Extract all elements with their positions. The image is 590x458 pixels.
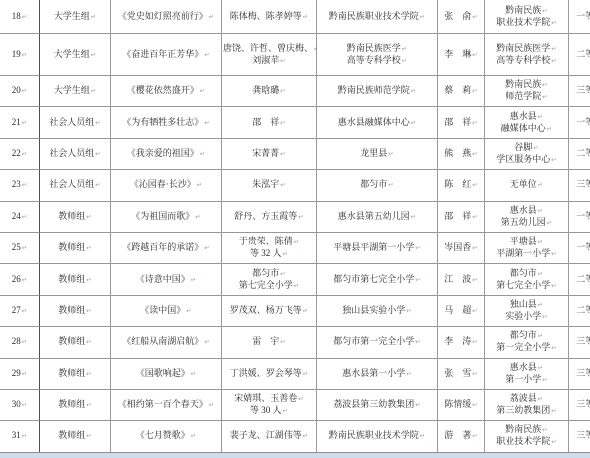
cell-org: 惠水县第一小学↵ xyxy=(316,358,437,389)
cell-text: 社会人员组 xyxy=(49,148,94,158)
cell-text: 二等奖 xyxy=(576,305,590,315)
cell-text: 平塘县平湖第一小学 xyxy=(333,242,414,252)
cell-recommender: 岑国香↵ xyxy=(437,232,484,263)
cell-text: 独山县实验小学 xyxy=(342,305,405,315)
cell-text: 等 30 人 xyxy=(250,405,282,415)
return-mark-icon: ↵ xyxy=(538,181,543,189)
cell-text: 黔南民族职业技术学院 xyxy=(329,430,419,440)
return-mark-icon: ↵ xyxy=(411,87,416,95)
cell-text: 等 32 人 xyxy=(250,248,282,258)
cell-no: 31↵ xyxy=(0,420,39,451)
cell-recommender: 马 超↵ xyxy=(437,295,484,326)
cell-award: 二等奖↵ xyxy=(568,295,590,326)
cell-no: 24↵ xyxy=(0,201,39,232)
cell-text: 27 xyxy=(12,305,21,315)
cell-org: 黔南民族职业技术学院↵ xyxy=(316,420,437,451)
cell-authors: 雷 宇↵ xyxy=(221,326,316,357)
cell-title: 《诗意中国》↵ xyxy=(110,263,221,294)
cell-text: 三等奖 xyxy=(576,430,590,440)
return-mark-icon: ↵ xyxy=(542,93,547,101)
cell-text: 舒丹、方玉霞等 xyxy=(234,211,297,221)
return-mark-icon: ↵ xyxy=(200,87,205,95)
table-row: 21↵社会人员组↵《为有牺牲多壮志》↵邵 祥↵惠水县融媒体中心↵邵 祥↵惠水县↵… xyxy=(0,106,590,137)
cell-recommender: 张 俞↵ xyxy=(437,0,484,33)
cell-authors: 丁洪媛、罗会琴等↵ xyxy=(221,358,316,389)
return-mark-icon: ↵ xyxy=(22,432,27,440)
table-row: 29↵教师组↵《国歌响起》↵丁洪媛、罗会琴等↵惠水县第一小学↵张 雪↵惠水县↵第… xyxy=(0,358,590,389)
return-mark-icon: ↵ xyxy=(542,376,547,384)
table-row: 24↵教师组↵《为祖国而歌》↵舒丹、方玉霞等↵惠水县第五幼儿园↵邵 祥↵惠水县↵… xyxy=(0,201,590,232)
table-row: 30↵教师组↵《相约第一百个春天》↵宋婧琪、玉善卷↵等 30 人↵荔波县第三幼教… xyxy=(0,389,590,420)
cell-text: 罗茂双、杨万飞等 xyxy=(230,305,302,315)
cell-title: 《七月赞歌》↵ xyxy=(110,420,221,451)
cell-text: 陈情缓 xyxy=(444,399,471,409)
cell-text: 黔南民族医学 xyxy=(347,43,401,53)
cell-text: 教师组 xyxy=(58,211,85,221)
cell-text: 平塘县 xyxy=(510,236,537,246)
cell-text: 第五幼儿园 xyxy=(501,217,546,227)
return-mark-icon: ↵ xyxy=(472,87,477,95)
cell-no: 22↵ xyxy=(0,138,39,169)
cell-no: 27↵ xyxy=(0,295,39,326)
cell-no: 21↵ xyxy=(0,106,39,137)
return-mark-icon: ↵ xyxy=(538,301,543,309)
table-row: 28↵教师组↵《红船从南湖启航》↵雷 宇↵都匀市第一完全小学↵李 涛↵都匀市↵第… xyxy=(0,326,590,357)
cell-text: 都匀市 xyxy=(510,330,537,340)
return-mark-icon: ↵ xyxy=(191,370,196,378)
return-mark-icon: ↵ xyxy=(411,213,416,221)
cell-text: 江 波 xyxy=(444,274,471,284)
cell-text: 职业技术学院 xyxy=(496,436,550,446)
cell-text: 26 xyxy=(12,274,21,284)
return-mark-icon: ↵ xyxy=(551,57,556,65)
cell-text: 黔南民族师范学院 xyxy=(338,85,410,95)
return-mark-icon: ↵ xyxy=(415,338,420,346)
cell-title: 《为祖国而歌》↵ xyxy=(110,201,221,232)
cell-group: 社会人员组↵ xyxy=(39,138,110,169)
cell-text: 《党史如灯照亮前行》 xyxy=(118,11,208,21)
return-mark-icon: ↵ xyxy=(472,213,477,221)
cell-text: 23 xyxy=(12,179,21,189)
return-mark-icon: ↵ xyxy=(472,244,477,252)
cell-text: 21 xyxy=(12,117,21,127)
cell-title: 《奋进百年正芳华》↵ xyxy=(110,33,221,75)
cell-unit: 惠水县↵第五幼儿园↵ xyxy=(484,201,568,232)
return-mark-icon: ↵ xyxy=(472,181,477,189)
cell-org: 黔南民族师范学院↵ xyxy=(316,75,437,106)
cell-text: 荔波县第三幼教集团 xyxy=(333,399,414,409)
cell-text: 张 俞 xyxy=(444,11,471,21)
cell-no: 29↵ xyxy=(0,358,39,389)
return-mark-icon: ↵ xyxy=(95,119,100,127)
cell-text: 三等奖 xyxy=(576,399,590,409)
cell-group: 教师组↵ xyxy=(39,263,110,294)
cell-recommender: 陈 红↵ xyxy=(437,169,484,200)
return-mark-icon: ↵ xyxy=(86,401,91,409)
return-mark-icon: ↵ xyxy=(551,344,556,352)
cell-unit: 黔南民族↵职业技术学院↵ xyxy=(484,0,568,33)
return-mark-icon: ↵ xyxy=(420,432,425,440)
cell-text: 无单位 xyxy=(510,179,537,189)
cell-text: 29 xyxy=(12,368,21,378)
cell-authors: 罗茂双、杨万飞等↵ xyxy=(221,295,316,326)
return-mark-icon: ↵ xyxy=(542,313,547,321)
return-mark-icon: ↵ xyxy=(388,181,393,189)
awards-table: 18↵大学生组↵《党史如灯照亮前行》↵陈体梅、陈孝婷等↵黔南民族职业技术学院↵张… xyxy=(0,0,590,453)
cell-text: 《读中国》 xyxy=(140,305,185,315)
cell-text: 朱泓宇 xyxy=(252,179,279,189)
return-mark-icon: ↵ xyxy=(95,150,100,158)
return-mark-icon: ↵ xyxy=(402,45,407,53)
cell-text: 18 xyxy=(12,11,21,21)
cell-text: 马 超 xyxy=(444,305,471,315)
cell-unit: 黔南民族↵职业技术学院↵ xyxy=(484,420,568,451)
cell-text: 职业技术学院 xyxy=(496,17,550,27)
cell-org: 平塘县平湖第一小学↵ xyxy=(316,232,437,263)
cell-text: 实验小学 xyxy=(505,311,541,321)
cell-text: 惠水县第一小学 xyxy=(342,368,405,378)
cell-recommender: 邵 祥↵ xyxy=(437,201,484,232)
cell-title: 《我亲爱的祖国》↵ xyxy=(110,138,221,169)
cell-group: 教师组↵ xyxy=(39,358,110,389)
return-mark-icon: ↵ xyxy=(209,13,214,21)
cell-text: 教师组 xyxy=(58,274,85,284)
return-mark-icon: ↵ xyxy=(472,13,477,21)
cell-text: 都匀市 xyxy=(360,179,387,189)
cell-authors: 唐饶、许哲、曾庆梅、↵刘淑苹↵ xyxy=(221,33,316,75)
return-mark-icon: ↵ xyxy=(191,432,196,440)
return-mark-icon: ↵ xyxy=(303,370,308,378)
cell-award: 二等奖↵ xyxy=(568,263,590,294)
cell-no: 25↵ xyxy=(0,232,39,263)
cell-recommender: 熊 燕↵ xyxy=(437,138,484,169)
cell-text: 都匀市 xyxy=(252,268,279,278)
cell-unit: 惠水县↵融媒体中心↵ xyxy=(484,106,568,137)
cell-text: 独山县 xyxy=(510,299,537,309)
cell-group: 教师组↵ xyxy=(39,389,110,420)
cell-text: 教师组 xyxy=(58,430,85,440)
cell-text: 社会人员组 xyxy=(49,179,94,189)
cell-text: 教师组 xyxy=(58,399,85,409)
return-mark-icon: ↵ xyxy=(86,370,91,378)
return-mark-icon: ↵ xyxy=(22,119,27,127)
cell-text: 第一小学 xyxy=(505,374,541,384)
cell-text: 游 著 xyxy=(444,430,471,440)
return-mark-icon: ↵ xyxy=(472,119,477,127)
return-mark-icon: ↵ xyxy=(86,338,91,346)
cell-title: 《沁园春·长沙》↵ xyxy=(110,169,221,200)
cell-unit: 无单位↵ xyxy=(484,169,568,200)
cell-group: 教师组↵ xyxy=(39,232,110,263)
table-row: 19↵大学生组↵《奋进百年正芳华》↵唐饶、许哲、曾庆梅、↵刘淑苹↵黔南民族医学↵… xyxy=(0,33,590,75)
cell-text: 高等专科学校 xyxy=(496,55,550,65)
return-mark-icon: ↵ xyxy=(298,213,303,221)
cell-text: 《奋进百年正芳华》 xyxy=(122,49,203,59)
cell-no: 28↵ xyxy=(0,326,39,357)
cell-text: 龙里县 xyxy=(360,148,387,158)
cell-authors: 龚晗璐↵ xyxy=(221,75,316,106)
return-mark-icon: ↵ xyxy=(551,19,556,27)
return-mark-icon: ↵ xyxy=(22,51,27,59)
return-mark-icon: ↵ xyxy=(472,51,477,59)
return-mark-icon: ↵ xyxy=(22,307,27,315)
cell-text: 黔南民族职业技术学院 xyxy=(329,11,419,21)
return-mark-icon: ↵ xyxy=(186,307,191,315)
cell-title: 《樱花依然盛开》↵ xyxy=(110,75,221,106)
return-mark-icon: ↵ xyxy=(551,156,556,164)
cell-title: 《跨越百年的承诺》↵ xyxy=(110,232,221,263)
cell-text: 一等奖 xyxy=(576,11,590,21)
cell-group: 教师组↵ xyxy=(39,295,110,326)
cell-text: 李 琳 xyxy=(444,49,471,59)
return-mark-icon: ↵ xyxy=(538,332,543,340)
cell-text: 黔南民族 xyxy=(505,5,541,15)
document-page: 18↵大学生组↵《党史如灯照亮前行》↵陈体梅、陈孝婷等↵黔南民族职业技术学院↵张… xyxy=(0,0,590,453)
return-mark-icon: ↵ xyxy=(283,407,288,415)
cell-title: 《国歌响起》↵ xyxy=(110,358,221,389)
cell-text: 陈体梅、陈孝婷等 xyxy=(230,11,302,21)
cell-text: 惠水县第五幼儿园 xyxy=(338,211,410,221)
cell-org: 黔南民族医学↵高等专科学校↵ xyxy=(316,33,437,75)
cell-text: 大学生组 xyxy=(54,85,90,95)
return-mark-icon: ↵ xyxy=(538,364,543,372)
return-mark-icon: ↵ xyxy=(280,57,285,65)
cell-text: 一等奖 xyxy=(576,242,590,252)
return-mark-icon: ↵ xyxy=(86,276,91,284)
return-mark-icon: ↵ xyxy=(415,276,420,284)
cell-unit: 惠水县↵第一小学↵ xyxy=(484,358,568,389)
return-mark-icon: ↵ xyxy=(415,244,420,252)
cell-text: 惠水县 xyxy=(510,362,537,372)
return-mark-icon: ↵ xyxy=(538,113,543,121)
cell-text: 荔波县 xyxy=(510,393,537,403)
cell-text: 三等奖 xyxy=(576,368,590,378)
return-mark-icon: ↵ xyxy=(411,119,416,127)
table-row: 26↵教师组↵《诗意中国》↵都匀市↵第七完全小学↵都匀市第七完全小学↵江 波↵都… xyxy=(0,263,590,294)
cell-text: 《跨越百年的承诺》 xyxy=(122,242,203,252)
return-mark-icon: ↵ xyxy=(22,338,27,346)
return-mark-icon: ↵ xyxy=(191,276,196,284)
return-mark-icon: ↵ xyxy=(303,432,308,440)
cell-title: 《相约第一百个春天》↵ xyxy=(110,389,221,420)
cell-award: 三等奖↵ xyxy=(568,169,590,200)
return-mark-icon: ↵ xyxy=(402,57,407,65)
cell-org: 黔南民族职业技术学院↵ xyxy=(316,0,437,33)
cell-text: 《红船从南湖启航》 xyxy=(122,336,203,346)
cell-text: 第七完全小学 xyxy=(239,280,293,290)
cell-unit: 黔南民族医学↵高等专科学校↵ xyxy=(484,33,568,75)
cell-no: 19↵ xyxy=(0,33,39,75)
return-mark-icon: ↵ xyxy=(91,87,96,95)
table-row: 18↵大学生组↵《党史如灯照亮前行》↵陈体梅、陈孝婷等↵黔南民族职业技术学院↵张… xyxy=(0,0,590,33)
cell-text: 平湖第一小学 xyxy=(496,248,550,258)
cell-text: 宋婧琪、玉善卷 xyxy=(234,393,297,403)
cell-recommender: 蔡 莉↵ xyxy=(437,75,484,106)
return-mark-icon: ↵ xyxy=(542,7,547,15)
cell-text: 惠水县融媒体中心 xyxy=(338,117,410,127)
return-mark-icon: ↵ xyxy=(22,244,27,252)
cell-text: 都匀市 xyxy=(510,268,537,278)
return-mark-icon: ↵ xyxy=(406,370,411,378)
cell-text: 裴子龙、江湖伟等 xyxy=(230,430,302,440)
return-mark-icon: ↵ xyxy=(280,119,285,127)
cell-text: 《沁园春·长沙》 xyxy=(130,179,196,189)
cell-text: 教师组 xyxy=(58,336,85,346)
cell-title: 《为有牺牲多壮志》↵ xyxy=(110,106,221,137)
return-mark-icon: ↵ xyxy=(280,270,285,278)
cell-authors: 朱泓宇↵ xyxy=(221,169,316,200)
return-mark-icon: ↵ xyxy=(388,150,393,158)
return-mark-icon: ↵ xyxy=(551,438,556,446)
return-mark-icon: ↵ xyxy=(547,125,552,133)
cell-authors: 邵 祥↵ xyxy=(221,106,316,137)
cell-recommender: 游 著↵ xyxy=(437,420,484,451)
cell-title: 《红船从南湖启航》↵ xyxy=(110,326,221,357)
cell-text: 第三幼教集团 xyxy=(496,405,550,415)
cell-recommender: 陈情缓↵ xyxy=(437,389,484,420)
return-mark-icon: ↵ xyxy=(204,244,209,252)
cell-text: 二等奖 xyxy=(576,148,590,158)
cell-authors: 于贵荣、陈倩↵等 32 人↵ xyxy=(221,232,316,263)
cell-recommender: 李 涛↵ xyxy=(437,326,484,357)
cell-text: 第七完全小学 xyxy=(496,280,550,290)
cell-text: 三等奖 xyxy=(576,179,590,189)
cell-recommender: 江 波↵ xyxy=(437,263,484,294)
return-mark-icon: ↵ xyxy=(542,81,547,89)
cell-group: 社会人员组↵ xyxy=(39,106,110,137)
cell-authors: 舒丹、方玉霞等↵ xyxy=(221,201,316,232)
cell-text: 教师组 xyxy=(58,368,85,378)
cell-text: 《诗意中国》 xyxy=(136,274,190,284)
return-mark-icon: ↵ xyxy=(283,250,288,258)
cell-no: 23↵ xyxy=(0,169,39,200)
cell-text: 20 xyxy=(12,85,21,95)
cell-text: 二等奖 xyxy=(576,49,590,59)
cell-text: 龚晗璐 xyxy=(252,85,279,95)
cell-unit: 都匀市↵第七完全小学↵ xyxy=(484,263,568,294)
return-mark-icon: ↵ xyxy=(420,13,425,21)
cell-text: 邵 祥 xyxy=(444,211,471,221)
cell-text: 黔南民族医学 xyxy=(496,43,550,53)
cell-text: 三等奖 xyxy=(576,336,590,346)
cell-text: 《相约第一百个春天》 xyxy=(118,399,208,409)
return-mark-icon: ↵ xyxy=(472,276,477,284)
table-row: 27↵教师组↵《读中国》↵罗茂双、杨万飞等↵独山县实验小学↵马 超↵独山县↵实验… xyxy=(0,295,590,326)
table-row: 20↵大学生组↵《樱花依然盛开》↵龚晗璐↵黔南民族师范学院↵蔡 莉↵黔南民族↵师… xyxy=(0,75,590,106)
cell-text: 宋菁菁 xyxy=(252,148,279,158)
cell-unit: 黔南民族↵师范学院↵ xyxy=(484,75,568,106)
cell-unit: 独山县↵实验小学↵ xyxy=(484,295,568,326)
cell-org: 龙里县↵ xyxy=(316,138,437,169)
return-mark-icon: ↵ xyxy=(538,238,543,246)
cell-text: 教师组 xyxy=(58,305,85,315)
cell-authors: 裴子龙、江湖伟等↵ xyxy=(221,420,316,451)
return-mark-icon: ↵ xyxy=(406,307,411,315)
cell-no: 20↵ xyxy=(0,75,39,106)
cell-text: 张 雪 xyxy=(444,368,471,378)
cell-recommender: 邵 祥↵ xyxy=(437,106,484,137)
return-mark-icon: ↵ xyxy=(472,150,477,158)
cell-unit: 荔波县↵第三幼教集团↵ xyxy=(484,389,568,420)
cell-org: 惠水县第五幼儿园↵ xyxy=(316,201,437,232)
return-mark-icon: ↵ xyxy=(86,307,91,315)
cell-group: 大学生组↵ xyxy=(39,33,110,75)
cell-text: 《国歌响起》 xyxy=(136,368,190,378)
cell-text: 都匀市第一完全小学 xyxy=(333,336,414,346)
cell-group: 社会人员组↵ xyxy=(39,169,110,200)
return-mark-icon: ↵ xyxy=(91,13,96,21)
return-mark-icon: ↵ xyxy=(415,401,420,409)
cell-text: 李 涛 xyxy=(444,336,471,346)
cell-group: 教师组↵ xyxy=(39,201,110,232)
cell-text: 惠水县 xyxy=(510,205,537,215)
cell-text: 黔南民族 xyxy=(505,79,541,89)
cell-award: 二等奖↵ xyxy=(568,33,590,75)
cell-text: 都匀市第七完全小学 xyxy=(333,274,414,284)
cell-no: 30↵ xyxy=(0,389,39,420)
cell-org: 都匀市第一完全小学↵ xyxy=(316,326,437,357)
return-mark-icon: ↵ xyxy=(86,432,91,440)
cell-text: 三等奖 xyxy=(576,85,590,95)
cell-text: 于贵荣、陈倩 xyxy=(239,236,293,246)
cell-org: 都匀市↵ xyxy=(316,169,437,200)
cell-unit: 谷脚↵学区服务中心↵ xyxy=(484,138,568,169)
cell-text: 融媒体中心 xyxy=(501,123,546,133)
cell-group: 教师组↵ xyxy=(39,326,110,357)
cell-authors: 宋婧琪、玉善卷↵等 30 人↵ xyxy=(221,389,316,420)
cell-text: 一等奖 xyxy=(576,117,590,127)
cell-text: 19 xyxy=(12,49,21,59)
return-mark-icon: ↵ xyxy=(303,307,308,315)
return-mark-icon: ↵ xyxy=(280,87,285,95)
return-mark-icon: ↵ xyxy=(472,307,477,315)
cell-text: 师范学院 xyxy=(505,91,541,101)
return-mark-icon: ↵ xyxy=(91,51,96,59)
return-mark-icon: ↵ xyxy=(298,395,303,403)
return-mark-icon: ↵ xyxy=(197,181,202,189)
cell-title: 《读中国》↵ xyxy=(110,295,221,326)
cell-recommender: 李 琳↵ xyxy=(437,33,484,75)
cell-award: 三等奖↵ xyxy=(568,75,590,106)
cell-award: 一等奖↵ xyxy=(568,232,590,263)
return-mark-icon: ↵ xyxy=(22,276,27,284)
cell-no: 26↵ xyxy=(0,263,39,294)
cell-recommender: 张 雪↵ xyxy=(437,358,484,389)
return-mark-icon: ↵ xyxy=(209,401,214,409)
return-mark-icon: ↵ xyxy=(200,150,205,158)
return-mark-icon: ↵ xyxy=(294,282,299,290)
return-mark-icon: ↵ xyxy=(204,51,209,59)
cell-text: 28 xyxy=(12,336,21,346)
return-mark-icon: ↵ xyxy=(314,45,316,53)
cell-text: 一等奖 xyxy=(576,211,590,221)
cell-text: 《樱花依然盛开》 xyxy=(127,85,199,95)
return-mark-icon: ↵ xyxy=(204,338,209,346)
cell-award: 三等奖↵ xyxy=(568,326,590,357)
return-mark-icon: ↵ xyxy=(533,144,538,152)
cell-text: 邵 祥 xyxy=(252,117,279,127)
cell-text: 大学生组 xyxy=(54,11,90,21)
return-mark-icon: ↵ xyxy=(551,250,556,258)
cell-text: 刘淑苹 xyxy=(252,55,279,65)
cell-award: 一等奖↵ xyxy=(568,106,590,137)
return-mark-icon: ↵ xyxy=(280,338,285,346)
cell-text: 31 xyxy=(12,430,21,440)
cell-text: 大学生组 xyxy=(54,49,90,59)
return-mark-icon: ↵ xyxy=(22,213,27,221)
return-mark-icon: ↵ xyxy=(551,407,556,415)
table-row: 22↵社会人员组↵《我亲爱的祖国》↵宋菁菁↵龙里县↵熊 燕↵谷脚↵学区服务中心↵… xyxy=(0,138,590,169)
